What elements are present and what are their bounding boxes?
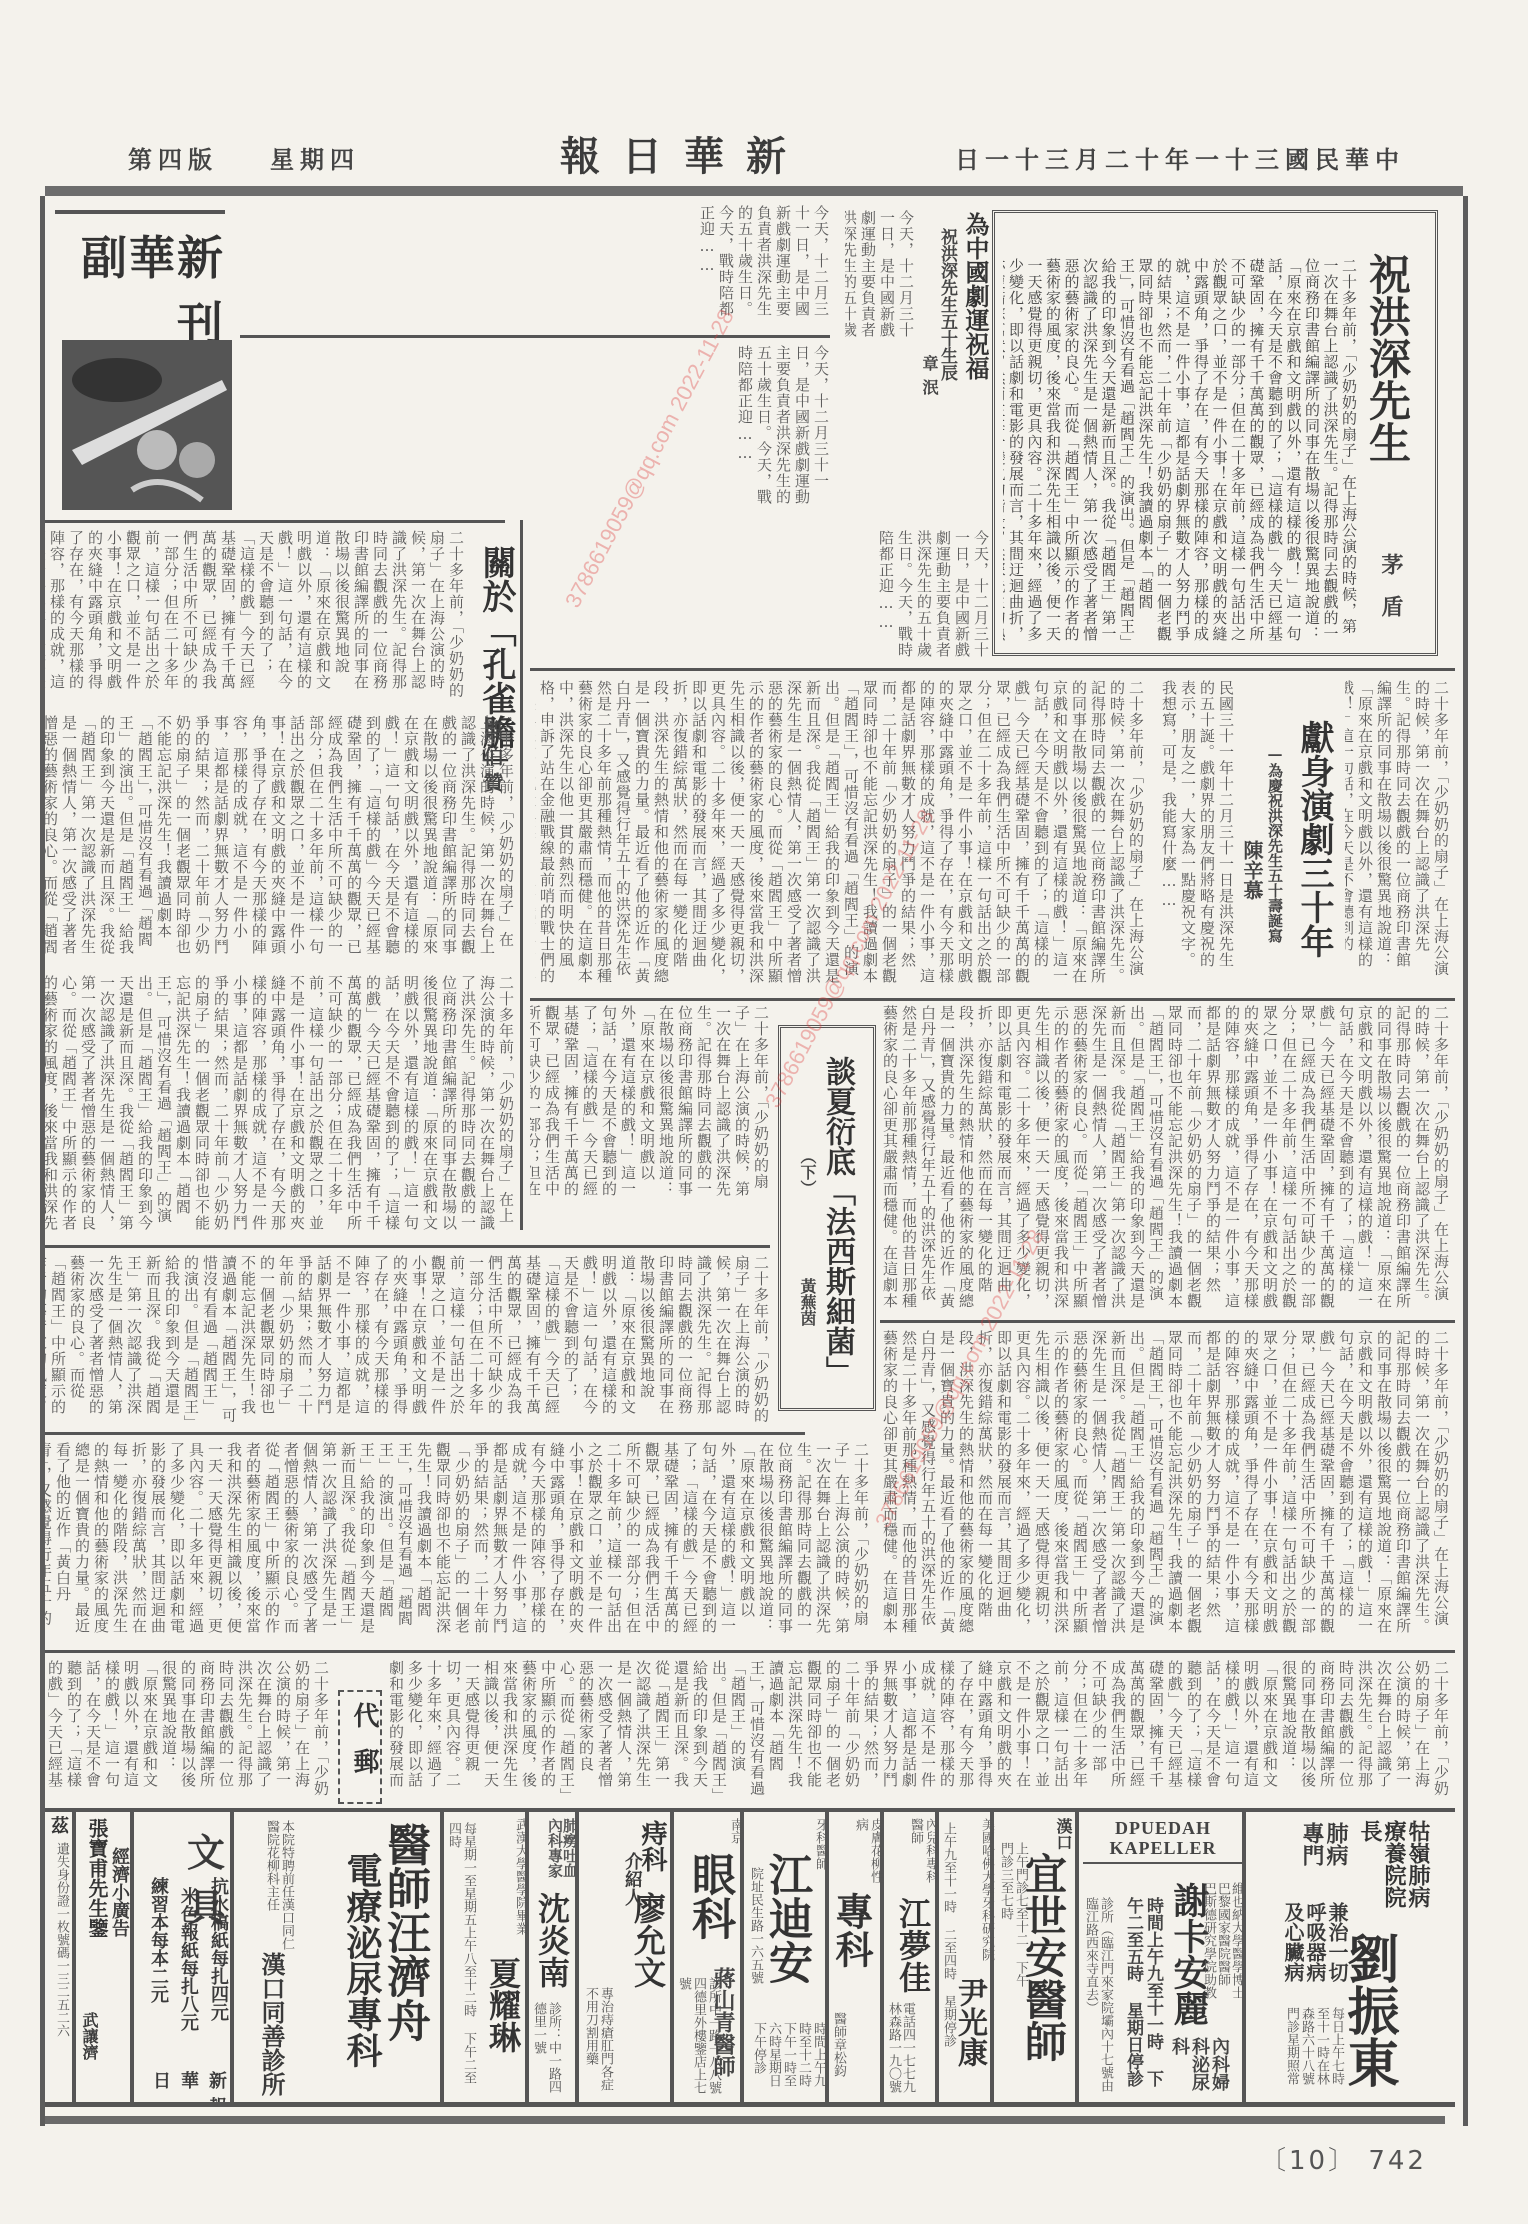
ad-jingji: 經濟小廣告 張寶甫先生鑒 武讓濟 xyxy=(72,1812,136,2102)
ad-credential: 維也納大學醫學博士 xyxy=(1229,1882,1244,1999)
article-body: 二十多年前，「少奶奶的扇子」在上海公演的時候，第一次在舞台上認識了洪深先生。記得… xyxy=(1003,258,1358,643)
article-box-zhu-hong-shen: 祝洪深先生 茅盾 二十多年前，「少奶奶的扇子」在上海公演的時候，第一次在舞台上認… xyxy=(992,210,1438,656)
ad-name: 江夢佳 xyxy=(890,1897,936,1993)
ad-yin-guangkang: 美國哈佛大學牙科研究院 尹光康 上午九至十一時 二至四時 星期停診 xyxy=(935,1812,997,2102)
article-title: 祝洪深先生 xyxy=(1357,253,1417,463)
page-bottom-rule xyxy=(45,2116,1445,2124)
ad-heading: 茲 xyxy=(45,1816,71,1834)
supplement-title: 新華副刊 xyxy=(55,222,225,354)
ad-pifu-zhuanke: 皮膚花柳性病 專科 醫師章松鈞 xyxy=(825,1812,887,2102)
article-body-xianshen-cont: 二十多年前，「少奶奶的扇子」在上海公演的時候，第一次在舞台上認識了洪深先生。記得… xyxy=(535,680,1145,990)
ad-liu-zhendong: 牯嶺肺病療養院院長 劉振東 肺病專門 兼治一切呼吸器病及心臟病 每日上午七時至十… xyxy=(1242,1812,1436,2102)
ad-wang-jizhou: 醫師汪濟舟 電療泌尿專科 本院特聘前任漢口同仁醫院花柳科主任 漢口同善診所 xyxy=(230,1812,446,2102)
article-title-xianshen: 獻身演劇三十年 xyxy=(1290,720,1339,958)
weekday-label: 星期四 xyxy=(270,140,360,175)
ad-name: 夏耀琳 xyxy=(480,1957,526,2053)
article-body-kongquedan-cont2: 二十多年前，「少奶奶的扇子」在上海公演的時候，第一次在舞台上認識了洪深先生。記得… xyxy=(45,975,515,1235)
ad-credential: 巴黎國家醫院醫師 xyxy=(1215,1882,1230,1986)
notice-body-left: 二十多年前，「少奶奶的扇子」在上海公演的時候，第一次在舞台上認識了洪深先生。記得… xyxy=(45,1660,330,1800)
article-part-xiayan: （下） xyxy=(796,1148,819,1196)
ad-shen-yannan: 肺癆吐血內科專家 沈炎南 診所：中一路四德里一號 xyxy=(525,1812,581,2102)
ad-zi: 茲 遺失身份證一枚號碼一三二五二六 xyxy=(45,1812,73,2102)
notice-label: 代郵 xyxy=(346,1702,383,1794)
ad-hours: 時間上午九至十一時 下午二至五時 星期日停診 xyxy=(1123,1897,1163,2097)
ad-yanke: 南京 眼科 蔣山青醫師 診所中一路一八八號四德里外樓鑒店上七號 xyxy=(670,1812,747,2102)
article-body-xiayan-right: 二十多年前，「少奶奶的扇子」在上海公演的時候，第一次在舞台上認識了洪深先生。記得… xyxy=(880,1005,1450,1310)
notice-box-daiyou: 代郵 xyxy=(338,1690,382,1804)
ad-credential: 巴斯德研究學院助教 xyxy=(1201,1882,1216,1999)
ad-location: 南京 xyxy=(728,1818,743,1844)
ad-hours: 每星期一至星期五上午八至十二時 下午二至四時 xyxy=(446,1822,476,2092)
ad-heading: 牯嶺肺病療養院院長 xyxy=(1358,1820,1430,1925)
ad-lines: 本院特聘前任漢口同仁醫院花柳科主任 xyxy=(264,1820,294,1960)
ad-name: 江迪安 xyxy=(754,1852,818,1984)
ad-location: 漢口 xyxy=(1052,1818,1075,1850)
ad-name: 張寶甫先生鑒 xyxy=(83,1818,112,1938)
article-author-xianshen: 陳辛慕 xyxy=(1238,840,1267,900)
article-body-zhangmin: 今天，十二月三十一日，是中國新戲劇運動主要負責者洪深先生的五十歲生日。今天，戰時… xyxy=(240,205,830,330)
section-divider xyxy=(45,520,505,523)
ad-heading: 內兒科專科醫師 xyxy=(908,1818,938,1888)
ad-doctor: 醫師章松鈞 xyxy=(831,2012,846,2077)
ad-clinic: 診所：中一路四德里一號 xyxy=(531,2002,561,2097)
article-lead-zhufu: 今天，十二月三十一日，是中國新戲劇運動主要負責者洪深先生的五十歲生日。今天，戰時… xyxy=(845,210,915,350)
ads-bottom-rule xyxy=(45,2102,1455,2107)
article-subtitle-xianshen: —為慶祝洪深先生五十壽誕寫 xyxy=(1265,745,1286,943)
article-author-zhufu: 章泯 xyxy=(918,355,941,403)
article-body-bottom: 二十多年前，「少奶奶的扇子」在上海公演的時候，第一次在舞台上認識了洪深先生。記得… xyxy=(390,1660,1450,1800)
ad-item: 米色報紙每扎八元 xyxy=(175,1887,201,2031)
ad-address: 院址民生路一六五號 xyxy=(748,1867,763,1984)
header-rule xyxy=(45,186,1463,196)
article-body-xiayan-left: 二十多年前，「少奶奶的扇子」在上海公演的時候，第一次在舞台上認識了洪深先生。記得… xyxy=(530,1005,770,1205)
article-body-xianshen: 民國三十一年十二月三十一日是洪深先生的五十誕。戲劇界的朋友們將略有慶祝的表示，朋… xyxy=(1150,680,1235,980)
ad-wenju: 文具 抗水稿紙每扎四元 米色報紙每扎八元 練習本每本二元 新華日報 xyxy=(130,1812,237,2102)
ad-hours: 每日上午七時至十一時在林森路六十八號門診星期照常 xyxy=(1284,2007,1344,2087)
section-divider xyxy=(45,1650,1455,1653)
ad-specialty: 內科婦科泌尿科 xyxy=(1169,2037,1229,2102)
ad-location: 漢口同善診所 xyxy=(254,1952,289,2096)
ad-xie-kaanli: DPUEDAH KAPELLER 謝卡安麗 內科婦科泌尿科 維也納大學醫學博士 … xyxy=(1075,1812,1249,2102)
article-body-lower-left: 二十多年前，「少奶奶的扇子」在上海公演的時候，第一次在舞台上認識了洪深先生。記得… xyxy=(45,1255,770,1425)
ad-line: 肺病專門 xyxy=(1300,1822,1348,1882)
section-divider xyxy=(530,998,1455,1001)
ad-introducers-label: 介紹人 xyxy=(619,1852,645,1906)
ad-liao-yunwen: 痔科 廖允文 介紹人 專治痔瘡肛門各症不用刀割用藥 xyxy=(575,1812,677,2102)
section-divider xyxy=(530,668,1455,671)
ad-heading: 肺癆吐血內科專家 xyxy=(547,1818,577,1888)
ad-line: 兼治一切呼吸器病及心臟病 xyxy=(1282,1902,1348,1982)
article-body-lower-mid: 二十多年前，「少奶奶的扇子」在上海公演的時候，第一次在舞台上認識了洪深先生。記得… xyxy=(45,1442,870,1637)
article-title-xiayan: 談夏衍底「法西斯細菌」 xyxy=(815,1056,859,1386)
article-body-kongquedan-cont: 二十多年前，「少奶奶的扇子」在上海公演的時候，第一次在舞台上認識了洪深先生。記得… xyxy=(45,715,515,960)
article-body-kongquedan: 二十多年前，「少奶奶的扇子」在上海公演的時候，第一次在舞台上認識了洪深先生。記得… xyxy=(45,530,465,705)
ad-heading: 皮膚花柳性病 xyxy=(853,1818,883,1888)
ad-hours: 時間上午九時至十二時下午一時至六時星期日下午停診 xyxy=(751,2022,826,2097)
ad-seller: 新華日報 xyxy=(140,2067,237,2102)
section-divider xyxy=(45,1432,805,1435)
ad-name: 廖允文 xyxy=(625,1892,671,1988)
ad-specialty: 電療泌尿專科 xyxy=(337,1852,388,2068)
ad-lines: 遺失身份證一枚號碼一三二五二六 xyxy=(54,1842,69,2092)
divider xyxy=(240,335,830,338)
ad-lines: 美國哈佛大學牙科研究院 xyxy=(979,1818,994,1968)
woodcut-figure-icon xyxy=(62,340,232,510)
article-author-xiayan: 黃蕪茵 xyxy=(796,1278,819,1326)
edition-label: 第四版 xyxy=(128,140,218,175)
ad-lines: 專治痔瘡肛門各症不用刀割用藥 xyxy=(583,1987,613,2097)
woodcut-illustration xyxy=(62,340,232,510)
supplement-masthead: 新華副刊 xyxy=(55,210,225,334)
ad-address: 林森路一九〇號 xyxy=(886,2002,901,2093)
ad-clinic: 診所中一路一八八號四德里外樓鑒店上七號 xyxy=(676,1977,721,2097)
ad-yi-shian: 漢口 宜世安醫師 上午門診七至十二 下午門診三至七時 xyxy=(990,1812,1079,2102)
ad-name: 沈炎南 xyxy=(529,1892,575,1988)
ad-jiang-mengjia: 內兒科專科醫師 江夢佳 林森路一九〇號 電話四一七七九 xyxy=(880,1812,942,2102)
ad-hours: 上午門診七至十二 下午門診三至七時 xyxy=(998,1842,1028,1992)
publication-date: 中華民國三十一年十二月三十一日 xyxy=(955,140,1405,175)
ad-banner: DPUEDAH KAPELLER xyxy=(1083,1818,1243,1864)
ad-xia-yaolin: 武漢大學醫學院畢業 夏耀琳 每星期一至星期五上午八至十二時 下午二至四時 xyxy=(440,1812,532,2102)
ad-item: 抗水稿紙每扎四元 xyxy=(205,1877,231,2021)
ad-name: 專科 xyxy=(825,1892,879,1968)
ad-lines: 武漢大學醫學院畢業 xyxy=(513,1818,528,1953)
ad-jiang-dian: 牙科醫師 江迪安 院址民生路一六五號 時間上午九時至十二時下午一時至六時星期日下… xyxy=(740,1812,832,2102)
paper-name: 新華日報 xyxy=(560,125,808,182)
article-side-column: 二十多年前，「少奶奶的扇子」在上海公演的時候，第一次在舞台上認識了洪深先生。記得… xyxy=(1345,680,1450,980)
ad-item: 練習本每本二元 xyxy=(145,1877,171,2003)
ad-hours: 上午九至十一時 二至四時 星期停診 xyxy=(941,1822,956,2092)
article-body-zhangmin-cont: 今天，十二月三十一日，是中國新戲劇運動主要負責者洪深先生的五十歲生日。今天，戰時… xyxy=(240,345,830,510)
section-divider xyxy=(45,1245,770,1248)
article-author: 茅盾 xyxy=(1376,553,1407,637)
article-title-zhufu: 為中國劇運祝福 xyxy=(958,212,993,380)
page-reference: 〔10〕 742 xyxy=(1260,2140,1427,2177)
section-divider xyxy=(880,1320,1455,1323)
ad-name: 眼科 xyxy=(677,1852,741,1940)
ad-phone: 電話四一七七九 xyxy=(900,2002,915,2093)
ad-signature: 武讓濟 xyxy=(78,2012,101,2060)
ad-clinic: 診所（臨江門來家院壩內十七號由臨江路西來寺直去） xyxy=(1083,1897,1113,2097)
